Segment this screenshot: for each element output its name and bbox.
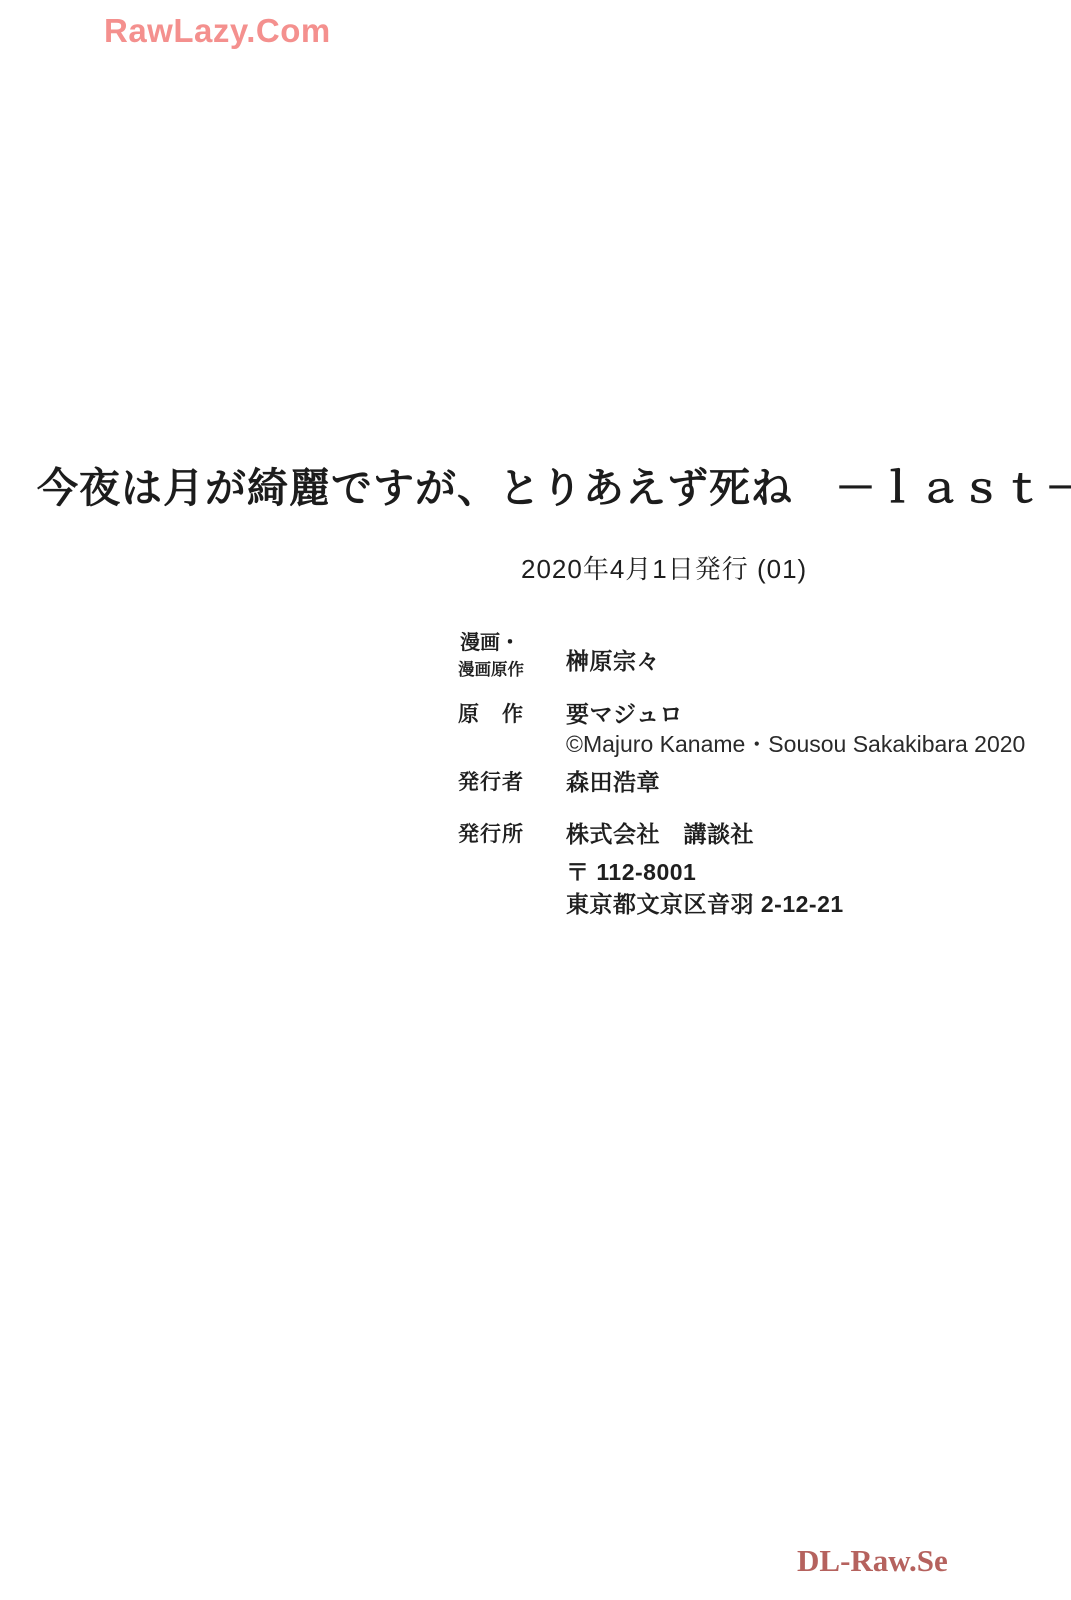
credit-value-publisher-office: 株式会社 講談社 xyxy=(566,816,754,849)
credit-label-original: 原 作 xyxy=(458,698,524,728)
colophon-page: RawLazy.Com 今夜は月が綺麗ですが、とりあえず死ね －ｌａｓｔ－（3）… xyxy=(0,0,1071,1600)
issue-date: 2020年4月1日発行 (01) xyxy=(521,549,807,586)
credit-value-publisher-person: 森田浩章 xyxy=(566,764,660,797)
copyright-notice: ©Majuro Kaname・Sousou Sakakibara 2020 xyxy=(566,726,1025,759)
book-title: 今夜は月が綺麗ですが、とりあえず死ね －ｌａｓｔ－（3） xyxy=(37,455,1071,514)
credit-label-publisher-person: 発行者 xyxy=(458,766,524,796)
credit-value-original-author: 要マジュロ xyxy=(566,696,683,729)
publisher-address: 東京都文京区音羽 2-12-21 xyxy=(566,886,844,919)
credit-label-publisher-office: 発行所 xyxy=(458,818,524,848)
publisher-postal-code: 〒 112-8001 xyxy=(566,854,696,887)
credit-label-manga-line2: 漫画原作 xyxy=(458,656,524,680)
watermark-dlraw: DL-Raw.Se xyxy=(797,1543,948,1579)
credit-value-manga-author: 榊原宗々 xyxy=(566,643,660,676)
credit-label-manga-line1: 漫画・ xyxy=(460,626,520,655)
watermark-rawlazy: RawLazy.Com xyxy=(104,12,331,50)
